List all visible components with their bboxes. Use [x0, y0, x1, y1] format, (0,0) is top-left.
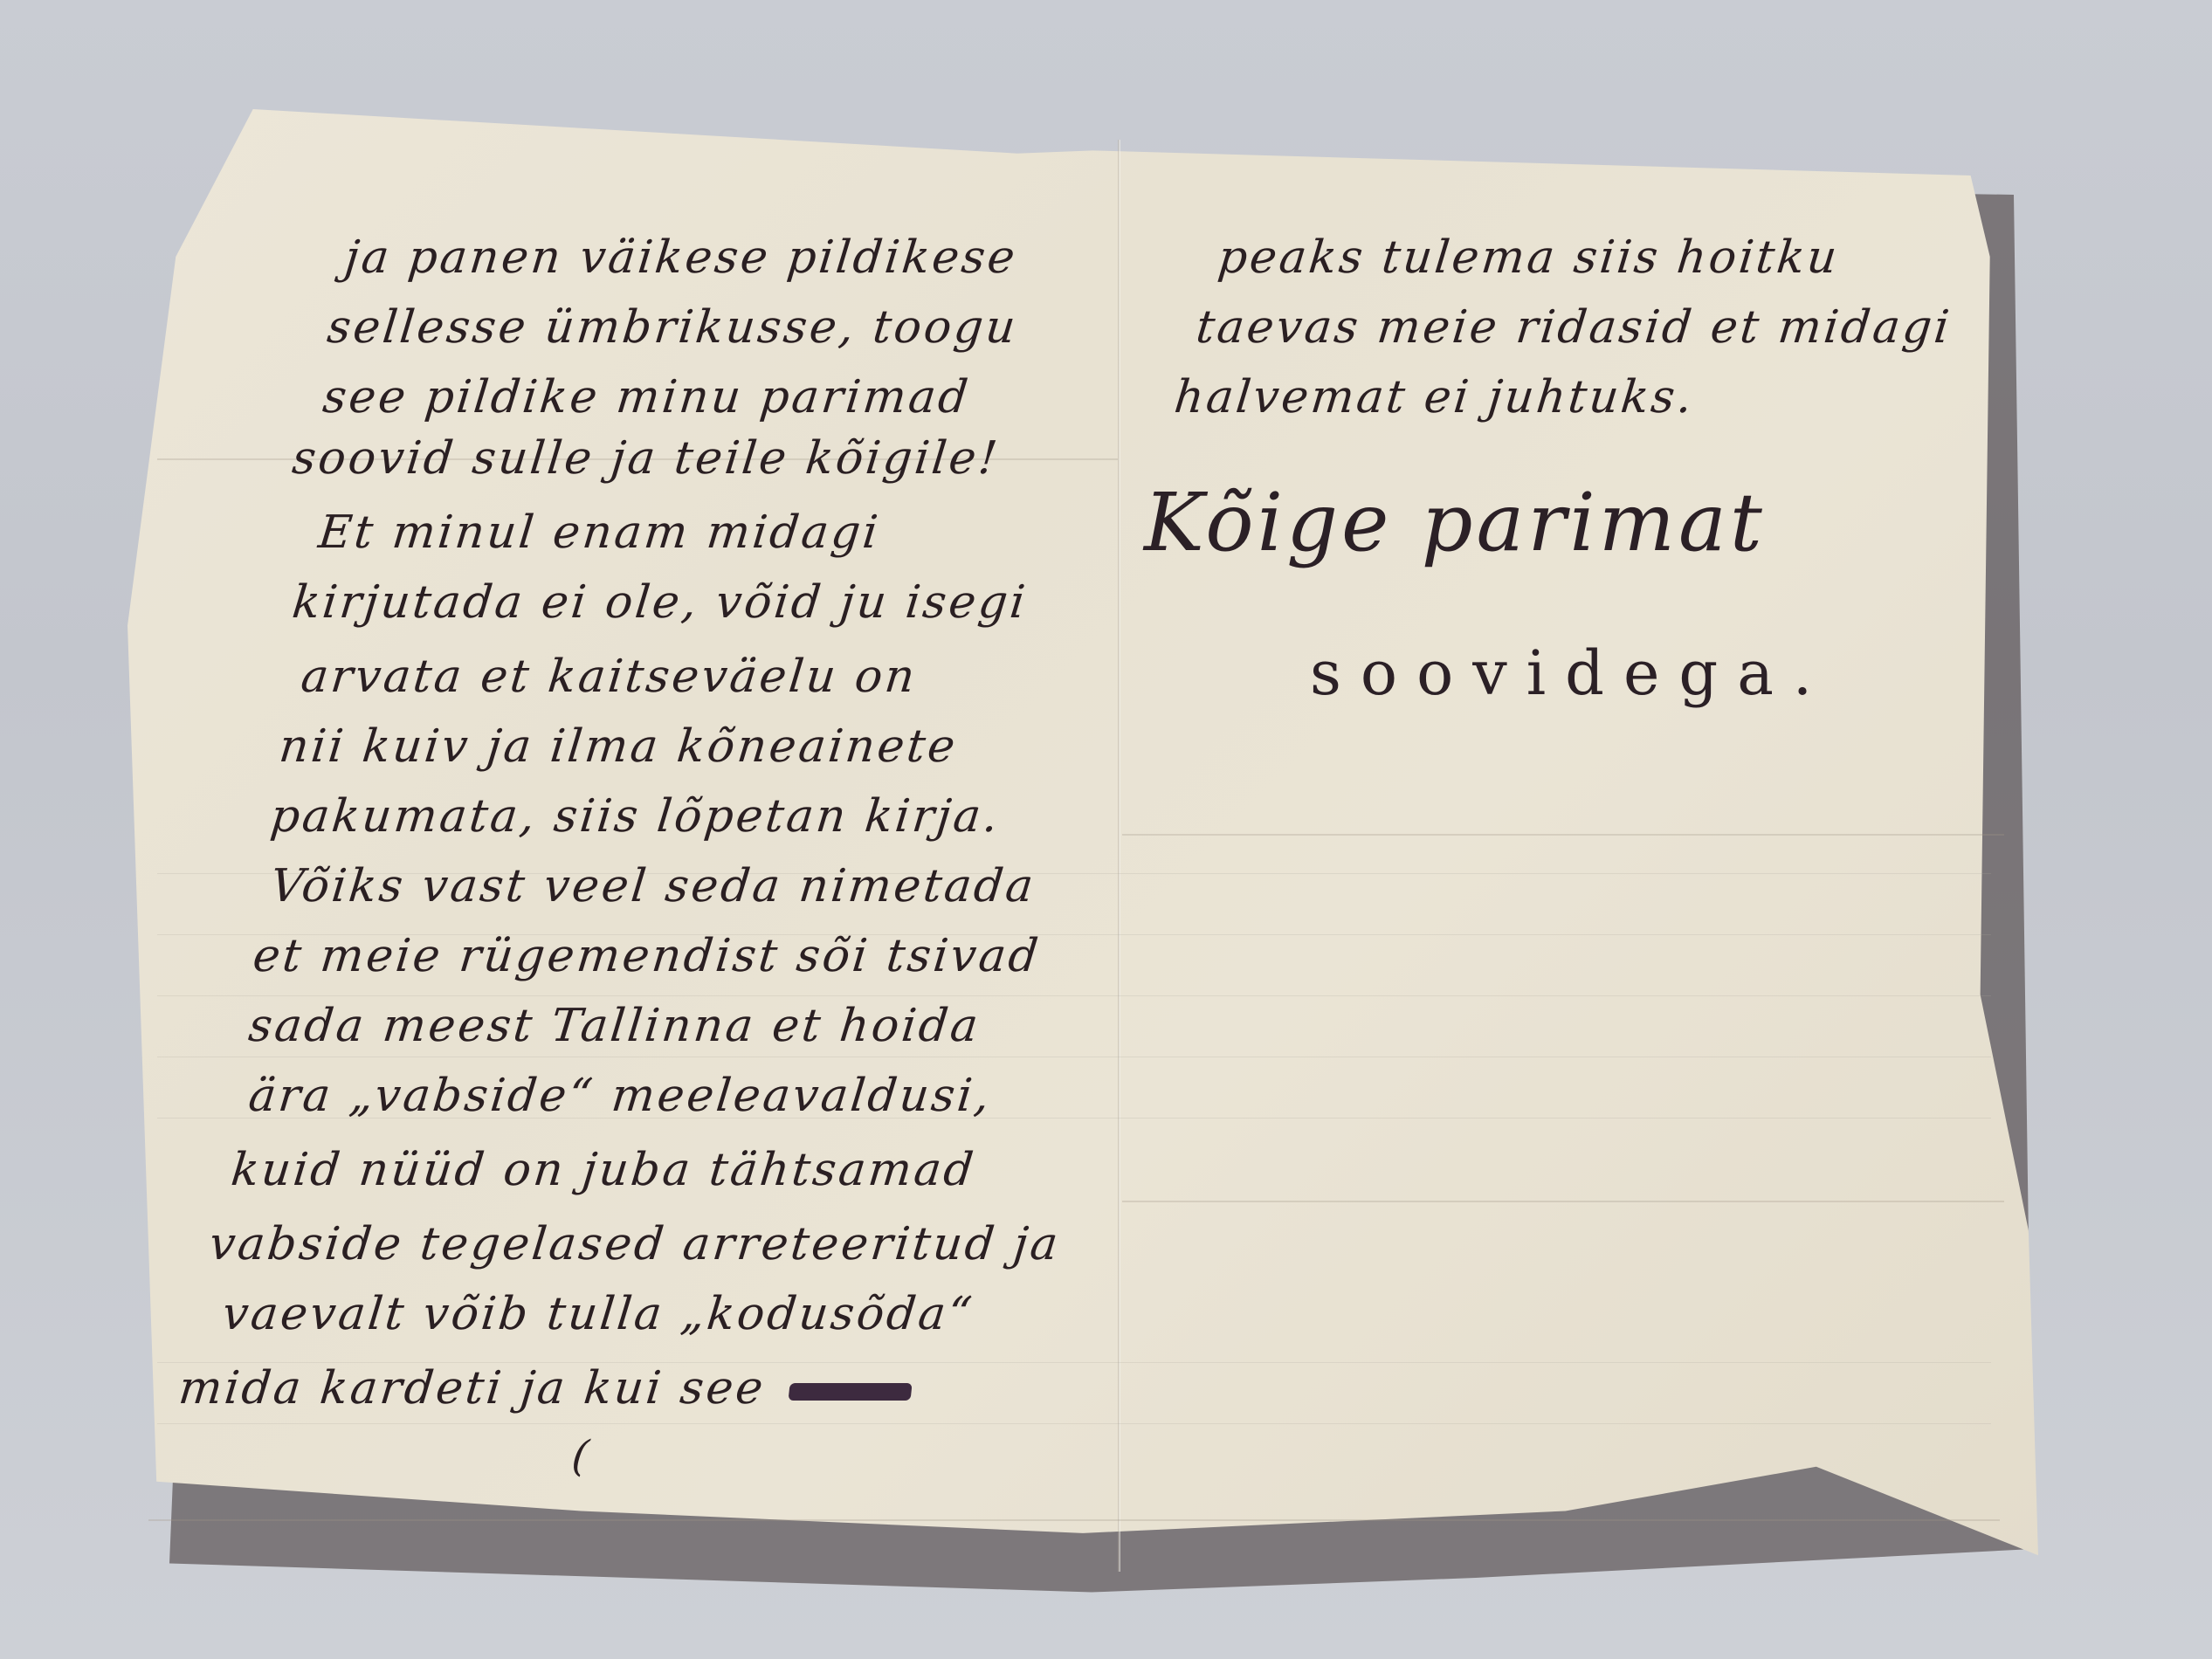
fold-crease: [1122, 1201, 2004, 1202]
letter-line: kuid nüüd on juba tähtsamad: [229, 1144, 978, 1196]
center-fold: [1118, 140, 1120, 1572]
ruled-line: [157, 1423, 1991, 1424]
letter-line: taevas meie ridasid et midagi: [1194, 301, 1954, 354]
letter-line: sada meest Tallinna et hoida: [246, 1000, 983, 1052]
closing-greeting: Kõige parimat: [1144, 476, 1766, 569]
letter-line: see pildike minu parimad: [320, 371, 973, 423]
letter-line: peaks tulema siis hoitku: [1216, 231, 1842, 284]
letter-line: et meie rügemendist sõi tsivad: [251, 930, 1044, 982]
fold-crease: [148, 1519, 2000, 1521]
letter-line: ja panen väikese pildikese: [342, 231, 1020, 284]
letter-line: vaevalt võib tulla „kodusõda“: [220, 1288, 977, 1340]
letter-line: vabside tegelased arreteeritud ja: [207, 1218, 1063, 1270]
letter-line: Võiks vast veel seda nimetada: [268, 860, 1038, 912]
letter-line: soovid sulle ja teile kõigile!: [290, 432, 1003, 485]
letter-line: halvemat ei juhtuks.: [1172, 371, 1697, 423]
letter-line: mida kardeti ja kui see: [176, 1362, 914, 1415]
letter-line: ära „vabside“ meeleavaldusi,: [246, 1070, 995, 1122]
letter-line: arvata et kaitseväelu on: [299, 651, 920, 703]
letter-line: Et minul enam midagi: [316, 506, 883, 559]
letter-line: pakumata, siis lõpetan kirja.: [268, 790, 1003, 843]
letter-line: kirjutada ei ole, võid ju isegi: [290, 576, 1030, 629]
closing-signoff: soovidega.: [1310, 637, 1831, 709]
letter-line: nii kuiv ja ilma kõneainete: [277, 720, 961, 773]
letter-line: sellesse ümbrikusse, toogu: [325, 301, 1021, 354]
ruled-line: [157, 1057, 1991, 1057]
fold-crease: [1122, 834, 2004, 836]
crossed-out-word: [788, 1383, 912, 1401]
letter-line-text: mida kardeti ja kui see: [176, 1362, 768, 1415]
ruled-line: [157, 995, 1991, 996]
